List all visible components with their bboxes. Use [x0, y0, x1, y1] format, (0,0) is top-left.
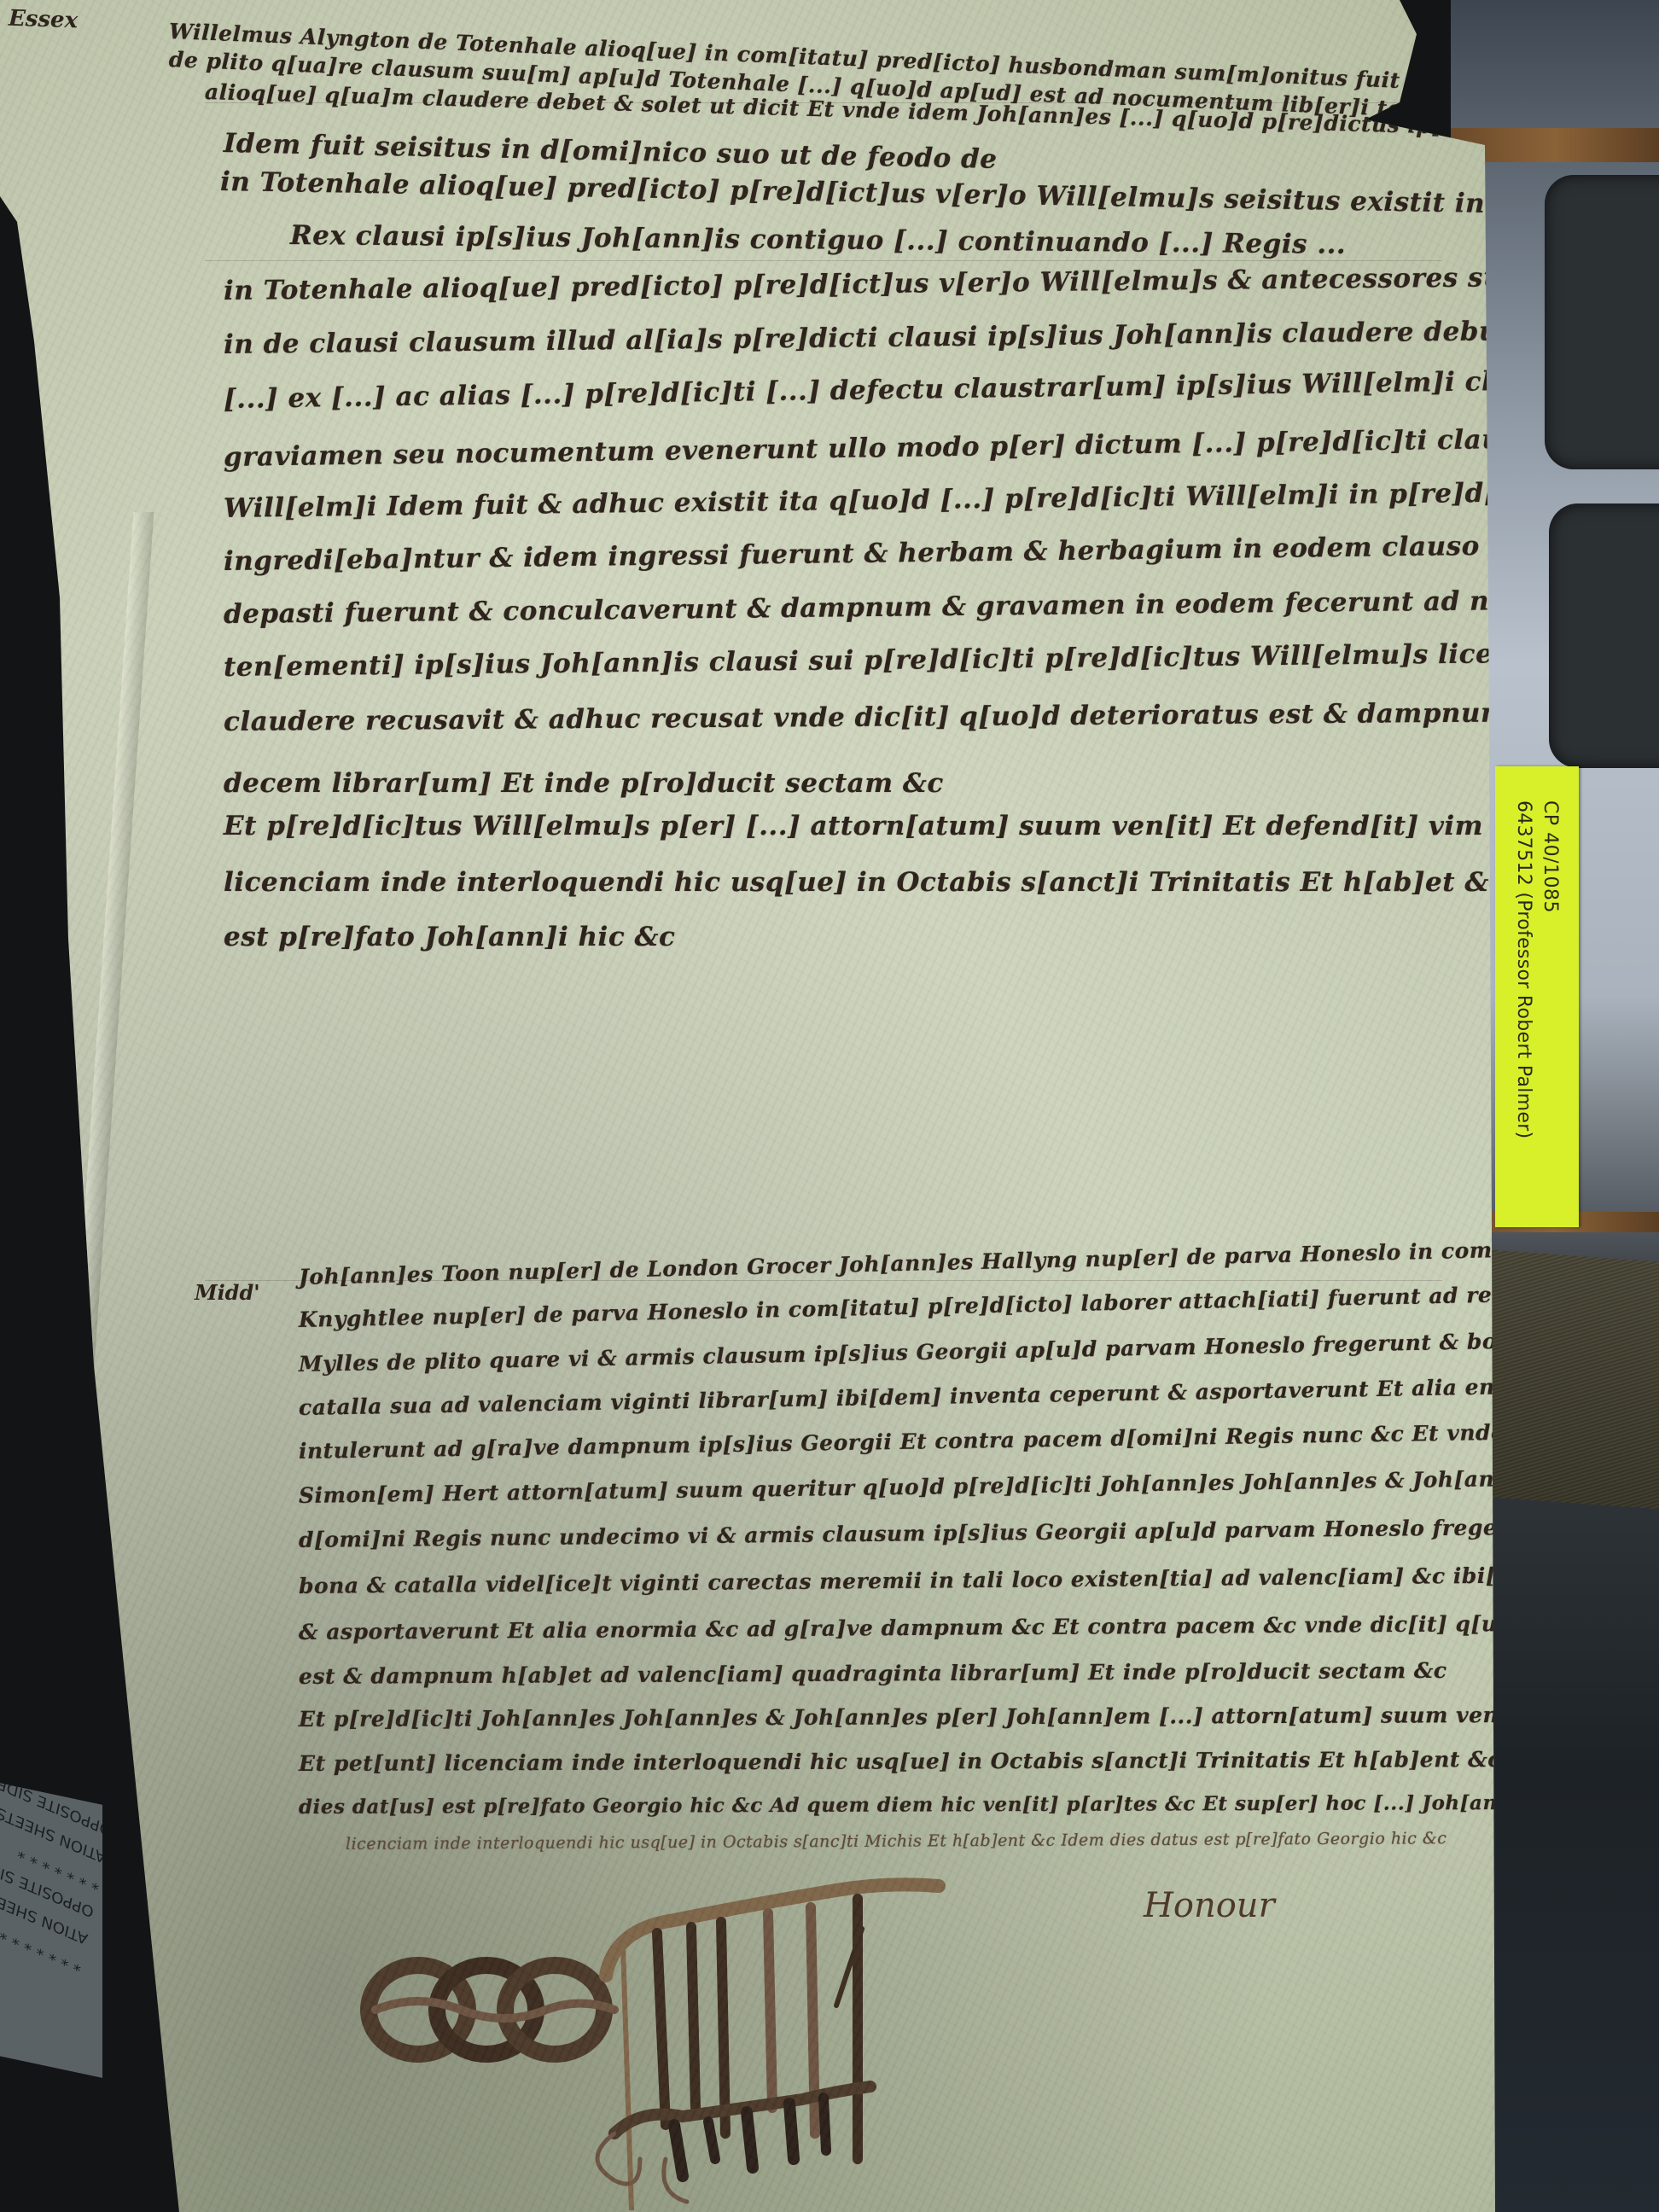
manuscript-line: Et p[re]d[ic]ti Joh[ann]es Joh[ann]es & …	[299, 1701, 1659, 1732]
notice-sheet-text: * * * * * * * ATION SHEETS ARE A OPPOSIT…	[0, 1779, 102, 1980]
equipment-box-upper: MODEL NO.: DE9A-11WP	[1545, 175, 1659, 469]
manuscript-line: ten[ementi] ip[s]ius Joh[ann]is clausi s…	[224, 632, 1659, 683]
catalogue-reference: CP 40/1085	[1540, 800, 1561, 1227]
manuscript-line: catalla sua ad valenciam viginti librar[…	[299, 1372, 1598, 1420]
equipment-box-lower: MODEL NO.: DE9A-11WP	[1549, 504, 1659, 768]
manuscript-line-interlined: licenciam inde interloquendi hic usq[ue]…	[346, 1829, 1447, 1854]
order-number: 6437512 (Professor Robert Palmer)	[1513, 800, 1534, 1227]
manuscript-line: est p[re]fato Joh[ann]i hic &c	[224, 922, 675, 952]
manuscript-line: in Totenhale alioq[ue] pred[icto] p[re]d…	[220, 166, 1659, 227]
manuscript-line: decem librar[um] Et inde p[ro]ducit sect…	[224, 768, 944, 799]
manuscript-line: dies dat[us] est p[re]fato Georgio hic &…	[299, 1790, 1659, 1819]
manuscript-line: claudere recusavit & adhuc recusat vnde …	[224, 696, 1659, 737]
manuscript-line: intulerunt ad g[ra]ve dampnum ip[s]ius G…	[299, 1416, 1659, 1464]
manuscript-line: & asportaverunt Et alia enormia &c ad g[…	[299, 1610, 1659, 1644]
manuscript-line: est & dampnum h[ab]et ad valenc[iam] qua…	[299, 1658, 1447, 1689]
margin-note-county: Essex	[9, 6, 79, 34]
ornamental-flourish-icon	[358, 1852, 1007, 2210]
reference-tag-text: CP 40/1085 6437512 (Professor Robert Pal…	[1495, 766, 1579, 1227]
clerk-signature: Honour	[1144, 1886, 1275, 1925]
archive-reference-tag: CP 40/1085 6437512 (Professor Robert Pal…	[1495, 766, 1579, 1227]
manuscript-line: depasti fuerunt & conculcaverunt & dampn…	[224, 583, 1659, 630]
manuscript-line: Et pet[unt] licenciam inde interloquendi…	[299, 1747, 1572, 1776]
manuscript-line: ingredi[eba]ntur & idem ingressi fuerunt…	[224, 525, 1659, 577]
manuscript-line: bona & catalla videl[ice]t viginti carec…	[299, 1561, 1659, 1598]
manuscript-line: graviamen seu nocumentum evenerunt ullo …	[224, 415, 1659, 473]
margin-note-county: Midd'	[195, 1280, 260, 1305]
manuscript-line: [...] ex [...] ac alias [...] p[re]d[ic]…	[224, 360, 1659, 415]
manuscript-line: licenciam inde interloquendi hic usq[ue]…	[224, 867, 1659, 898]
ruling-line	[205, 260, 1442, 261]
manuscript-line: Mylles de plito quare vi & armis clausum…	[299, 1328, 1555, 1377]
manuscript-line: Simon[em] Hert attorn[atum] suum queritu…	[299, 1459, 1659, 1508]
manuscript-line: in Totenhale alioq[ue] pred[icto] p[re]d…	[224, 255, 1659, 306]
manuscript-line: Rex clausi ip[s]ius Joh[ann]is contiguo …	[290, 220, 1347, 260]
parchment-membrane: Essex Willelmus Alyngton de Totenhale al…	[0, 0, 1659, 2212]
manuscript-line: d[omi]ni Regis nunc undecimo vi & armis …	[299, 1514, 1586, 1552]
notice-sheet: * * * * * * * ATION SHEETS ARE A OPPOSIT…	[0, 1779, 102, 2078]
manuscript-line: Et p[re]d[ic]tus Will[elmu]s p[er] [...]…	[224, 811, 1659, 841]
manuscript-line: Will[elm]i Idem fuit & adhuc existit ita…	[224, 471, 1659, 524]
manuscript-line: in de clausi clausum illud al[ia]s p[re]…	[224, 311, 1659, 360]
